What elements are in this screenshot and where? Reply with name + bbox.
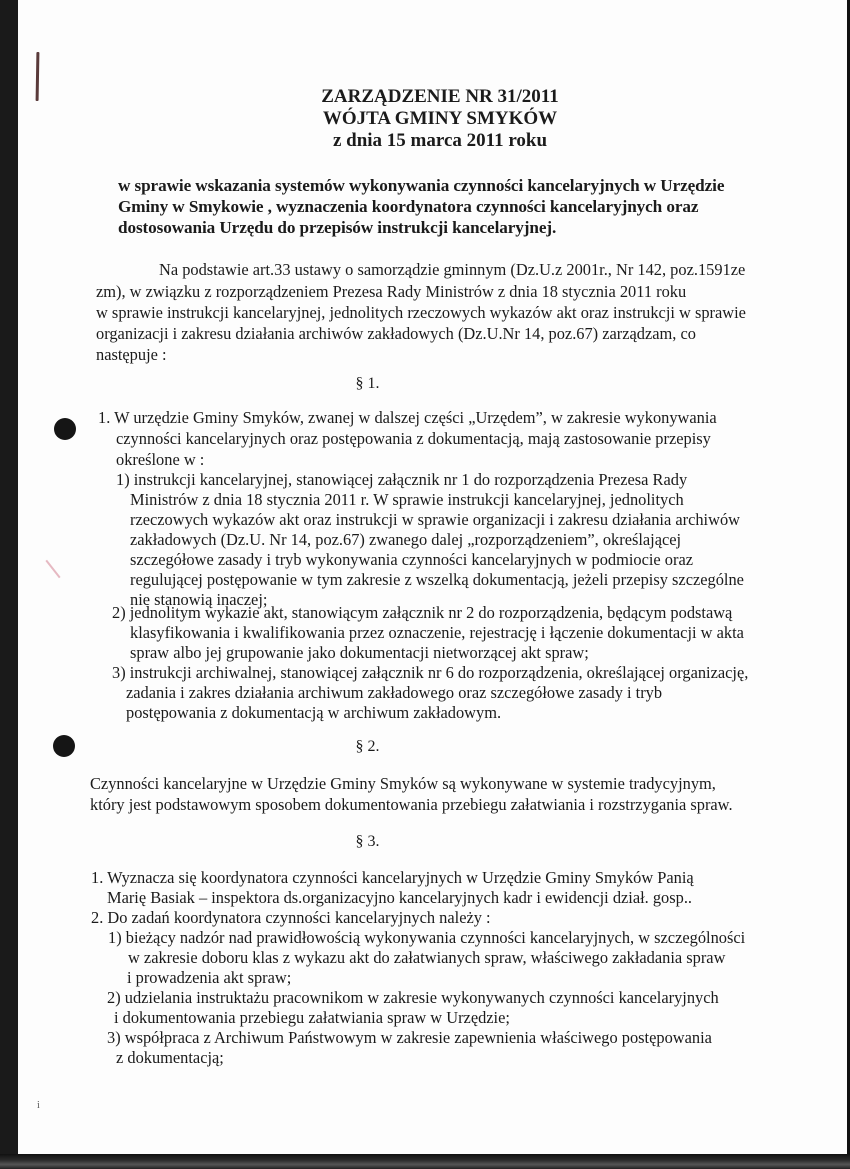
s3-item3: 3) współpraca z Archiwum Państwowym w za… <box>107 1028 712 1047</box>
preamble-line: zm), w związku z rozporządzeniem Prezesa… <box>96 282 686 301</box>
section-2-heading: § 2. <box>0 737 735 756</box>
s1-item1: regulującej postępowanie w tym zakresie … <box>130 570 744 589</box>
s3-point1: Marię Basiak – inspektora ds.organizacyj… <box>107 888 692 907</box>
s1-item2: 2) jednolitym wykazie akt, stanowiącym z… <box>112 603 732 622</box>
s1-item3: 3) instrukcji archiwalnej, stanowiącej z… <box>112 663 748 682</box>
section-1-heading: § 1. <box>0 374 735 393</box>
document-title: ZARZĄDZENIE NR 31/2011 <box>0 86 850 107</box>
preamble-line: następuje : <box>96 345 167 364</box>
s1-item2: spraw albo jej grupowanie jako dokumenta… <box>130 643 589 662</box>
s3-item1: i prowadzenia akt spraw; <box>127 968 291 987</box>
preamble-line: w sprawie instrukcji kancelaryjnej, jedn… <box>96 303 746 322</box>
s3-item3: z dokumentacją; <box>116 1048 224 1067</box>
s3-point1: 1. Wyznacza się koordynatora czynności k… <box>91 868 694 887</box>
preamble-line: Na podstawie art.33 ustawy o samorządzie… <box>159 260 745 279</box>
s1-item1: 1) instrukcji kancelaryjnej, stanowiącej… <box>116 470 687 489</box>
subject-line: w sprawie wskazania systemów wykonywania… <box>118 175 724 197</box>
s2-text: który jest podstawowym sposobem dokument… <box>90 795 733 814</box>
subject-line: dostosowania Urzędu do przepisów instruk… <box>118 217 556 239</box>
s1-item3: postępowania z dokumentacją w archiwum z… <box>126 703 501 722</box>
punch-hole-top <box>54 418 76 440</box>
s1-item1: Ministrów z dnia 18 stycznia 2011 r. W s… <box>130 490 684 509</box>
s1-point1: 1. W urzędzie Gminy Smyków, zwanej w dal… <box>98 408 717 427</box>
section-3-heading: § 3. <box>0 832 735 851</box>
s1-item1: szczegółowe zasady i tryb wykonywania cz… <box>130 550 693 569</box>
document-date: z dnia 15 marca 2011 roku <box>0 130 850 151</box>
page-mark: i <box>37 1100 40 1111</box>
s1-item3: zadania i zakres działania archiwum zakł… <box>126 683 662 702</box>
s1-point1: określone w : <box>116 450 204 469</box>
s3-item1: w zakresie doboru klas z wykazu akt do z… <box>128 948 725 967</box>
subject-line: Gminy w Smykowie , wyznaczenia koordynat… <box>118 196 698 218</box>
document-issuer: WÓJTA GMINY SMYKÓW <box>0 108 850 129</box>
s3-item1: 1) bieżący nadzór nad prawidłowością wyk… <box>108 928 745 947</box>
s3-item2: 2) udzielania instruktażu pracownikom w … <box>107 988 719 1007</box>
s1-item1: rzeczowych wykazów akt oraz instrukcji w… <box>130 510 740 529</box>
s1-point1: czynności kancelaryjnych oraz postępowan… <box>116 429 711 448</box>
scanner-edge-bottom <box>0 1154 850 1169</box>
preamble-line: organizacji i zakresu działania archiwów… <box>96 324 696 343</box>
s2-text: Czynności kancelaryjne w Urzędzie Gminy … <box>90 774 716 793</box>
s3-item2: i dokumentowania przebiegu załatwiania s… <box>114 1008 510 1027</box>
s1-item1: zakładowych (Dz.U. Nr 14, poz.67) zwaneg… <box>130 530 681 549</box>
s1-item2: klasyfikowania i kwalifikowania przez oz… <box>130 623 744 642</box>
s3-point2: 2. Do zadań koordynatora czynności kance… <box>91 908 491 927</box>
